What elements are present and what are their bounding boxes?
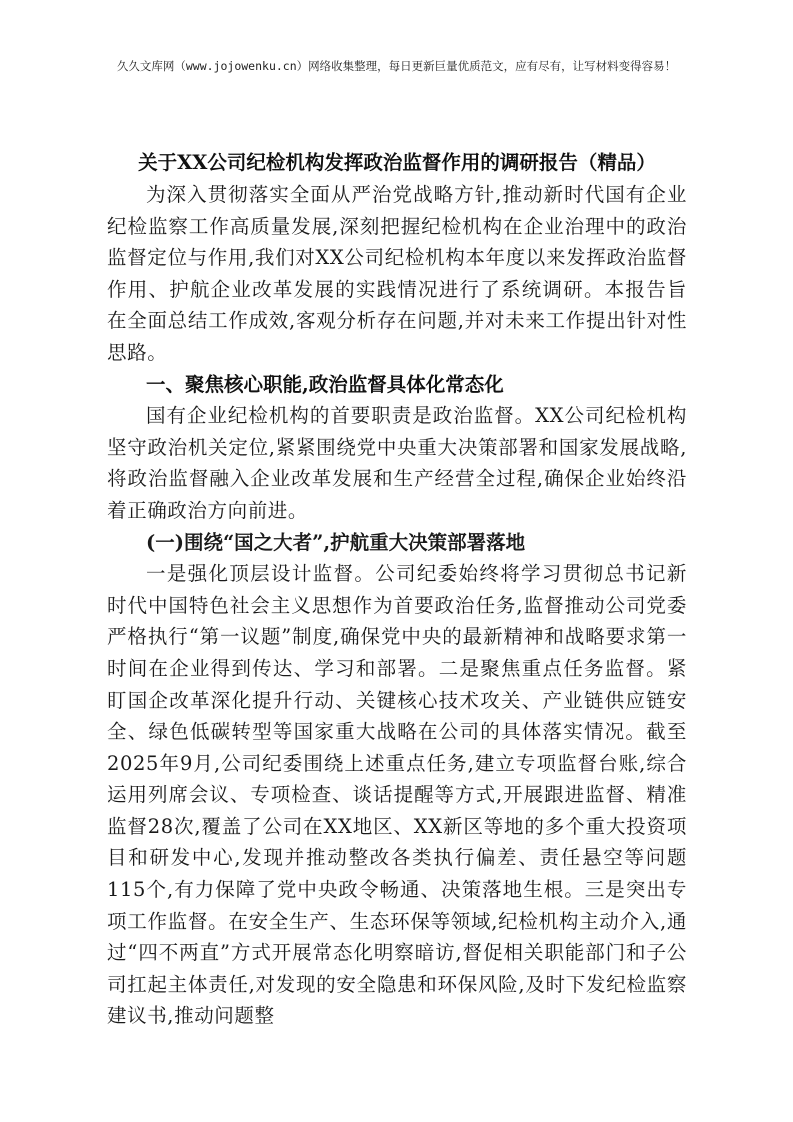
section-heading-1: 一、聚焦核心职能,政治监督具体化常态化 <box>107 369 687 401</box>
document-title: 关于XX公司纪检机构发挥政治监督作用的调研报告（精品） <box>107 147 687 179</box>
subsection-heading-1: (一)围绕“国之大者”,护航重大决策部署落地 <box>107 527 687 559</box>
subsection-1-paragraph: 一是强化顶层设计监督。公司纪委始终将学习贯彻总书记新时代中国特色社会主义思想作为… <box>107 558 687 1032</box>
document-body: 关于XX公司纪检机构发挥政治监督作用的调研报告（精品） 为深入贯彻落实全面从严治… <box>107 147 687 1032</box>
page-header-notice: 久久文库网（www.jojowenku.cn）网络收集整理，每日更新巨量优质范文… <box>100 57 693 75</box>
section-1-paragraph: 国有企业纪检机构的首要职责是政治监督。XX公司纪检机构坚守政治机关定位,紧紧围绕… <box>107 400 687 526</box>
intro-paragraph: 为深入贯彻落实全面从严治党战略方针,推动新时代国有企业纪检监察工作高质量发展,深… <box>107 179 687 369</box>
